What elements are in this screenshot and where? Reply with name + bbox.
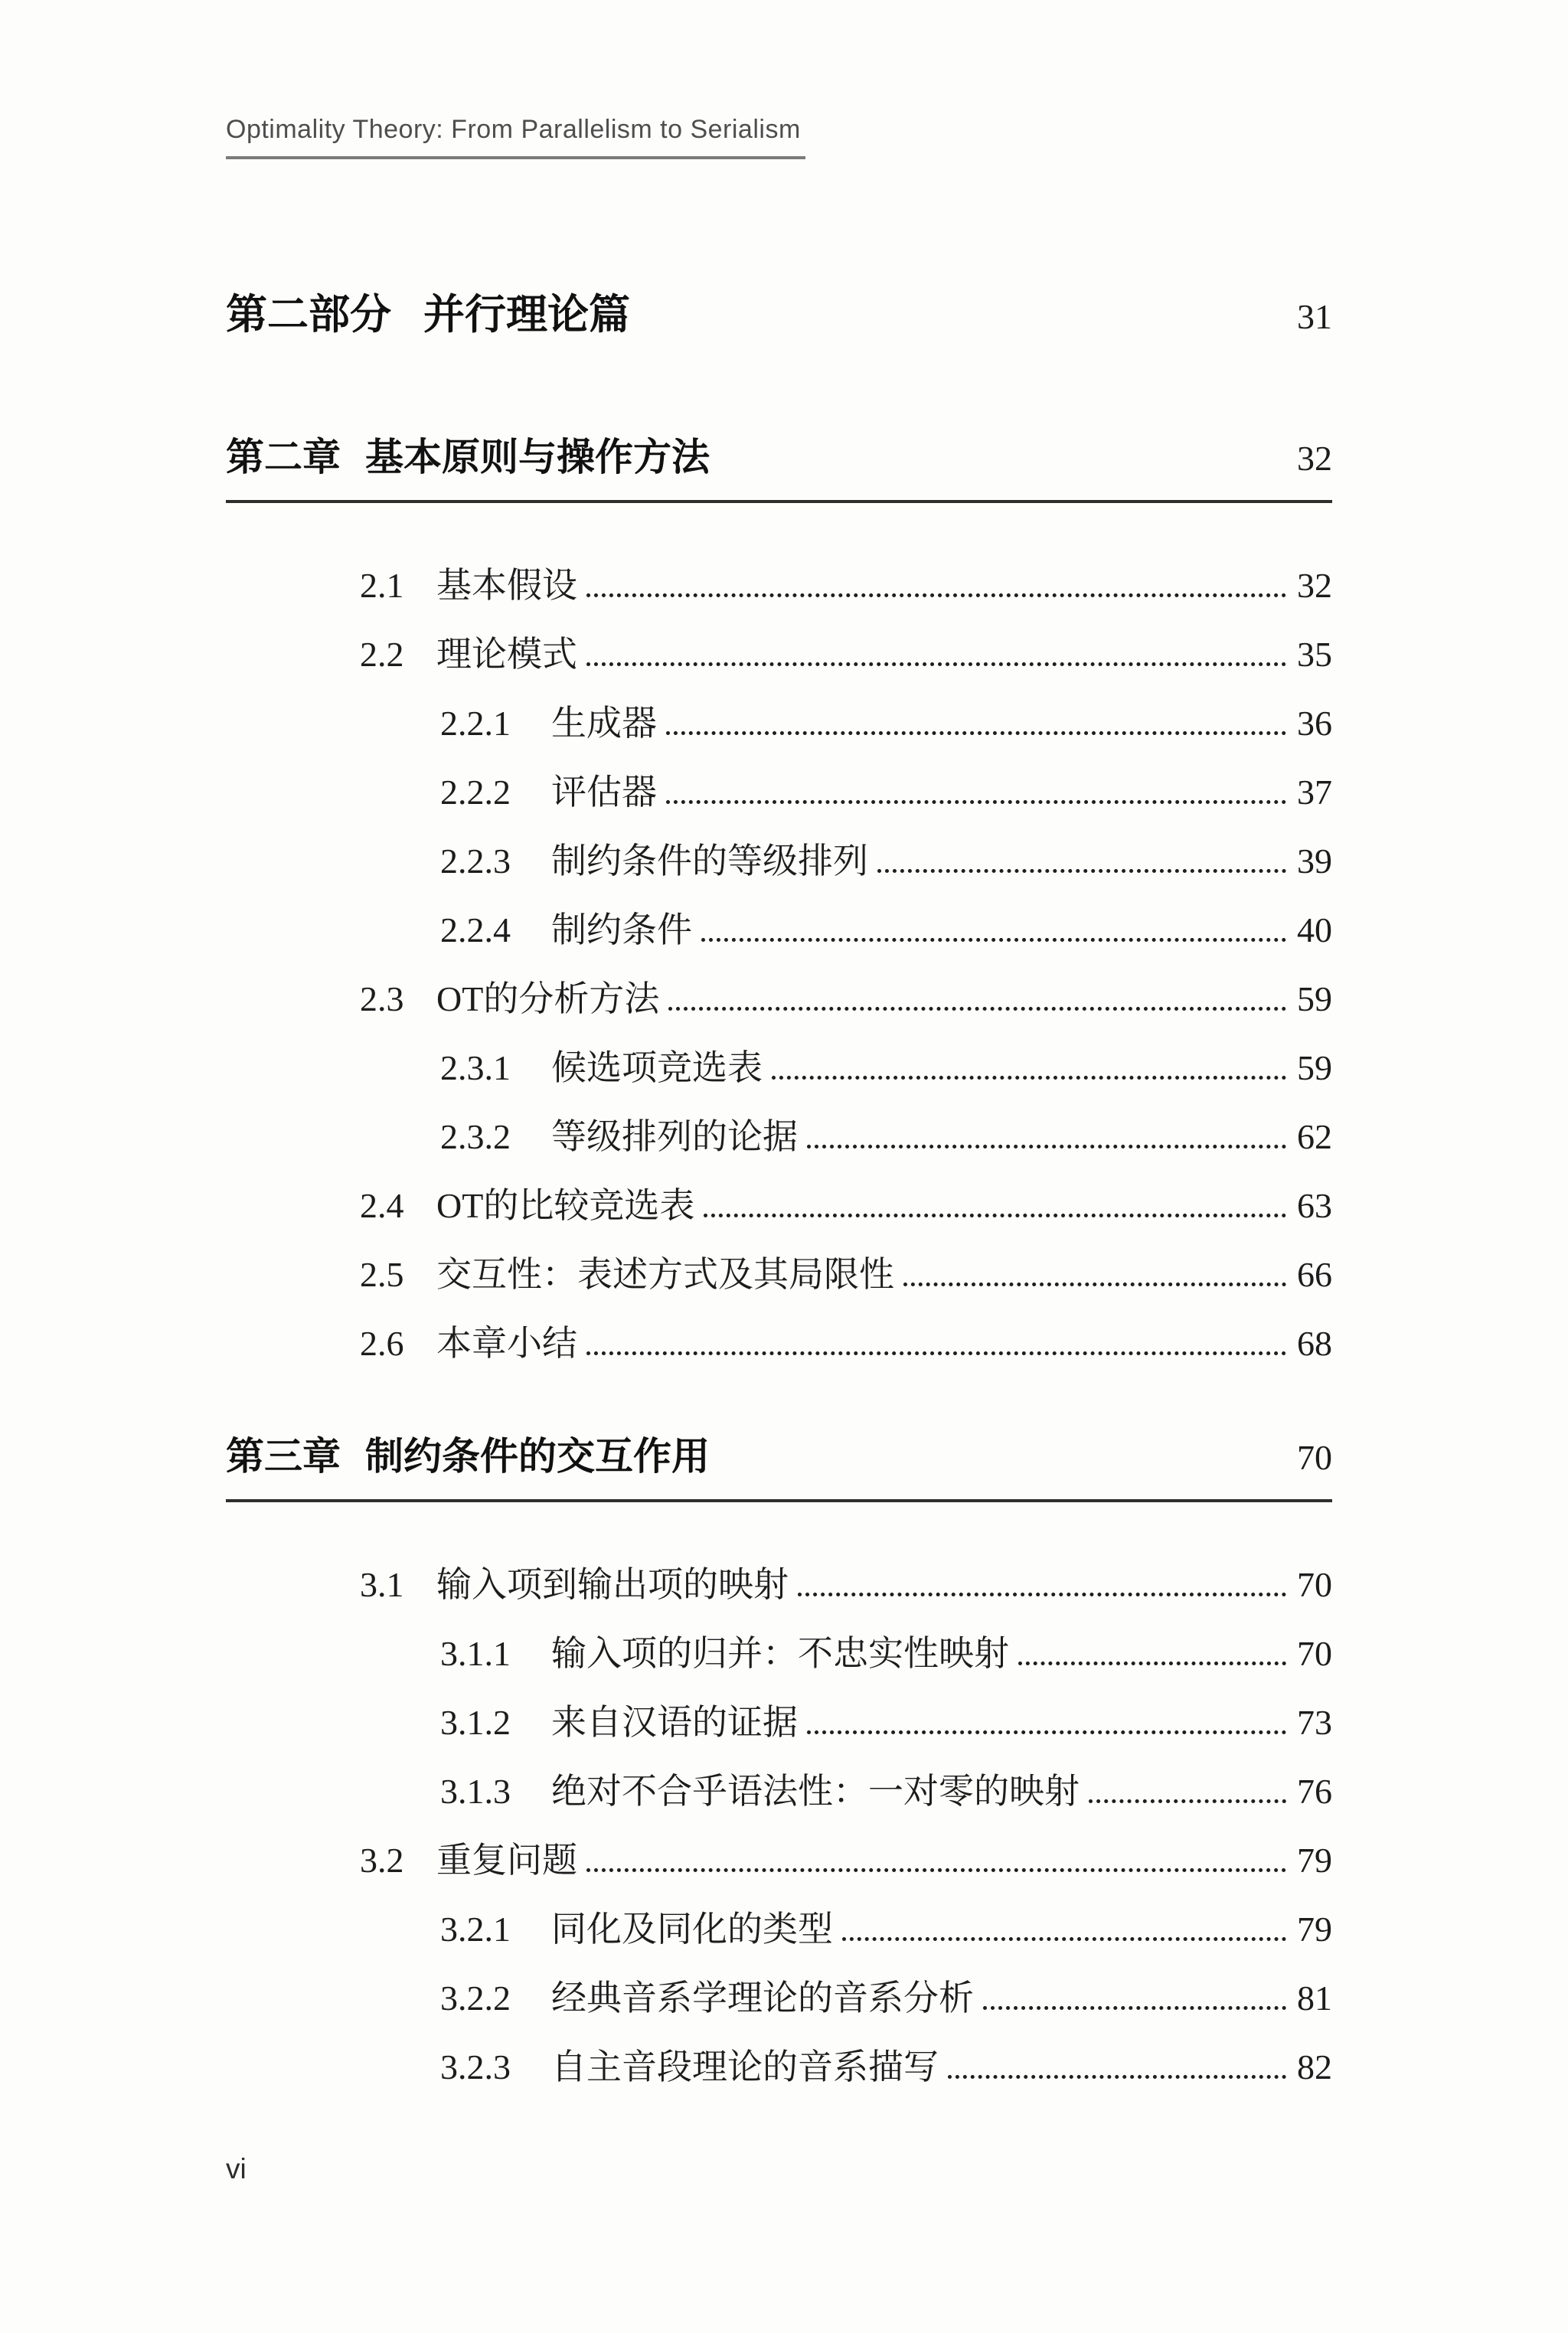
toc-entry: 3.2 重复问题 79 xyxy=(226,1812,1332,1881)
toc-page: Optimality Theory: From Parallelism to S… xyxy=(0,0,1568,2333)
entry-title: OT的分析方法 xyxy=(436,979,659,1020)
entry-page-number: 39 xyxy=(1297,841,1332,882)
entry-number: 2.2.2 xyxy=(440,773,551,813)
entry-title: 理论模式 xyxy=(436,635,577,675)
entry-page-number: 32 xyxy=(1297,566,1332,606)
dot-leader xyxy=(704,1214,1286,1217)
entry-page-number: 40 xyxy=(1297,910,1332,951)
dot-leader xyxy=(772,1076,1286,1080)
entry-title: 基本假设 xyxy=(436,566,577,606)
entry-title: 重复问题 xyxy=(436,1841,577,1881)
entry-number: 3.2 xyxy=(360,1841,436,1881)
entry-title: OT的比较竞选表 xyxy=(436,1186,694,1227)
entry-number: 2.4 xyxy=(360,1186,436,1227)
dot-leader xyxy=(586,662,1286,666)
chapter2-page-number: 32 xyxy=(1297,438,1332,479)
entry-page-number: 81 xyxy=(1297,1978,1332,2019)
chapter3-heading: 第三章 制约条件的交互作用 70 xyxy=(226,1426,1332,1481)
chapter2-title: 基本原则与操作方法 xyxy=(365,426,710,482)
entry-number: 2.2 xyxy=(360,635,436,675)
chapter3-rule xyxy=(226,1499,1332,1502)
entry-title: 输入项的归并：不忠实性映射 xyxy=(551,1634,1009,1675)
toc-entry: 2.5 交互性：表述方式及其局限性 66 xyxy=(226,1227,1332,1296)
toc-entry: 3.1 输入项到输出项的映射 70 xyxy=(226,1537,1332,1606)
toc-entry: 3.2.2 经典音系学理论的音系分析 81 xyxy=(226,1950,1332,2019)
toc-entry: 2.4 OT的比较竞选表 63 xyxy=(226,1158,1332,1227)
running-header: Optimality Theory: From Parallelism to S… xyxy=(226,115,805,159)
entry-title: 同化及同化的类型 xyxy=(551,1910,833,1950)
entry-number: 3.2.3 xyxy=(440,2047,551,2088)
entry-title: 交互性：表述方式及其局限性 xyxy=(436,1255,894,1296)
dot-leader xyxy=(903,1282,1286,1286)
entry-page-number: 59 xyxy=(1297,979,1332,1020)
entry-title: 绝对不合乎语法性：一对零的映射 xyxy=(551,1772,1080,1812)
entry-title: 来自汉语的证据 xyxy=(551,1703,798,1743)
entry-title: 制约条件的等级排列 xyxy=(551,841,868,882)
dot-leader xyxy=(877,869,1286,873)
toc-entry: 2.2.1 生成器 36 xyxy=(226,675,1332,744)
dot-leader xyxy=(586,593,1286,597)
entry-page-number: 70 xyxy=(1297,1565,1332,1606)
entry-title: 经典音系学理论的音系分析 xyxy=(551,1978,974,2019)
dot-leader xyxy=(701,938,1286,942)
toc-entry: 2.3.2 等级排列的论据 62 xyxy=(226,1089,1332,1158)
entry-title: 自主音段理论的音系描写 xyxy=(551,2047,939,2088)
dot-leader xyxy=(798,1593,1286,1596)
entry-page-number: 68 xyxy=(1297,1324,1332,1364)
dot-leader xyxy=(842,1937,1286,1941)
chapter2-rule xyxy=(226,500,1332,503)
toc-entry: 2.6 本章小结 68 xyxy=(226,1296,1332,1364)
entry-page-number: 59 xyxy=(1297,1048,1332,1089)
entry-number: 3.1.2 xyxy=(440,1703,551,1743)
part-label: 第二部分 xyxy=(226,282,391,341)
toc-entry: 2.2 理论模式 35 xyxy=(226,606,1332,675)
dot-leader xyxy=(586,1868,1286,1872)
toc-entry: 2.3 OT的分析方法 59 xyxy=(226,951,1332,1020)
dot-leader xyxy=(586,1351,1286,1355)
toc-section-chapter3: 3.1 输入项到输出项的映射 70 3.1.1 输入项的归并：不忠实性映射 70… xyxy=(226,1537,1332,2088)
dot-leader xyxy=(666,731,1286,735)
dot-leader xyxy=(807,1145,1286,1149)
entry-title: 候选项竞选表 xyxy=(551,1048,763,1089)
entry-page-number: 63 xyxy=(1297,1186,1332,1227)
dot-leader xyxy=(666,800,1286,804)
chapter2-label: 第二章 xyxy=(226,426,341,482)
toc-entry: 3.2.1 同化及同化的类型 79 xyxy=(226,1881,1332,1950)
toc-entry: 2.2.4 制约条件 40 xyxy=(226,882,1332,951)
entry-page-number: 73 xyxy=(1297,1703,1332,1743)
toc-entry: 3.2.3 自主音段理论的音系描写 82 xyxy=(226,2019,1332,2088)
entry-number: 2.2.4 xyxy=(440,910,551,951)
dot-leader xyxy=(1018,1662,1286,1665)
part-title: 并行理论篇 xyxy=(423,282,630,341)
entry-number: 2.2.3 xyxy=(440,841,551,882)
entry-page-number: 70 xyxy=(1297,1634,1332,1675)
entry-title: 制约条件 xyxy=(551,910,692,951)
toc-entry: 2.2.2 评估器 37 xyxy=(226,744,1332,813)
toc-entry: 3.1.1 输入项的归并：不忠实性映射 70 xyxy=(226,1606,1332,1675)
toc-entry: 3.1.2 来自汉语的证据 73 xyxy=(226,1675,1332,1743)
entry-page-number: 36 xyxy=(1297,704,1332,744)
page-content: Optimality Theory: From Parallelism to S… xyxy=(226,0,1332,2088)
entry-number: 2.3.2 xyxy=(440,1117,551,1158)
entry-number: 2.2.1 xyxy=(440,704,551,744)
chapter3-title: 制约条件的交互作用 xyxy=(365,1426,710,1481)
entry-page-number: 76 xyxy=(1297,1772,1332,1812)
entry-number: 2.1 xyxy=(360,566,436,606)
entry-page-number: 35 xyxy=(1297,635,1332,675)
entry-page-number: 82 xyxy=(1297,2047,1332,2088)
entry-page-number: 79 xyxy=(1297,1910,1332,1950)
entry-number: 3.1.1 xyxy=(440,1634,551,1675)
toc-entry: 2.1 基本假设 32 xyxy=(226,538,1332,606)
entry-page-number: 62 xyxy=(1297,1117,1332,1158)
dot-leader xyxy=(1089,1799,1286,1803)
entry-number: 3.2.2 xyxy=(440,1978,551,2019)
entry-title: 等级排列的论据 xyxy=(551,1117,798,1158)
toc-entry: 2.3.1 候选项竞选表 59 xyxy=(226,1020,1332,1089)
entry-title: 本章小结 xyxy=(436,1324,577,1364)
dot-leader xyxy=(807,1730,1286,1734)
part-page-number: 31 xyxy=(1297,296,1332,337)
chapter3-label: 第三章 xyxy=(226,1426,341,1481)
toc-entry: 2.2.3 制约条件的等级排列 39 xyxy=(226,813,1332,882)
entry-title: 生成器 xyxy=(551,704,657,744)
entry-number: 3.1.3 xyxy=(440,1772,551,1812)
chapter2-heading: 第二章 基本原则与操作方法 32 xyxy=(226,426,1332,482)
entry-title: 评估器 xyxy=(551,773,657,813)
entry-number: 2.6 xyxy=(360,1324,436,1364)
entry-page-number: 66 xyxy=(1297,1255,1332,1296)
entry-number: 3.1 xyxy=(360,1565,436,1606)
entry-number: 2.5 xyxy=(360,1255,436,1296)
toc-entry: 3.1.3 绝对不合乎语法性：一对零的映射 76 xyxy=(226,1743,1332,1812)
entry-number: 3.2.1 xyxy=(440,1910,551,1950)
entry-title: 输入项到输出项的映射 xyxy=(436,1565,789,1606)
entry-page-number: 37 xyxy=(1297,773,1332,813)
dot-leader xyxy=(983,2006,1286,2010)
footer-page-number: vi xyxy=(226,2153,247,2185)
part-heading: 第二部分 并行理论篇 31 xyxy=(226,282,1332,341)
entry-number: 2.3 xyxy=(360,979,436,1020)
toc-section-chapter2: 2.1 基本假设 32 2.2 理论模式 35 2.2.1 生成器 36 2.2… xyxy=(226,538,1332,1364)
entry-number: 2.3.1 xyxy=(440,1048,551,1089)
dot-leader xyxy=(948,2075,1286,2079)
entry-page-number: 79 xyxy=(1297,1841,1332,1881)
dot-leader xyxy=(668,1007,1286,1011)
chapter3-page-number: 70 xyxy=(1297,1437,1332,1478)
